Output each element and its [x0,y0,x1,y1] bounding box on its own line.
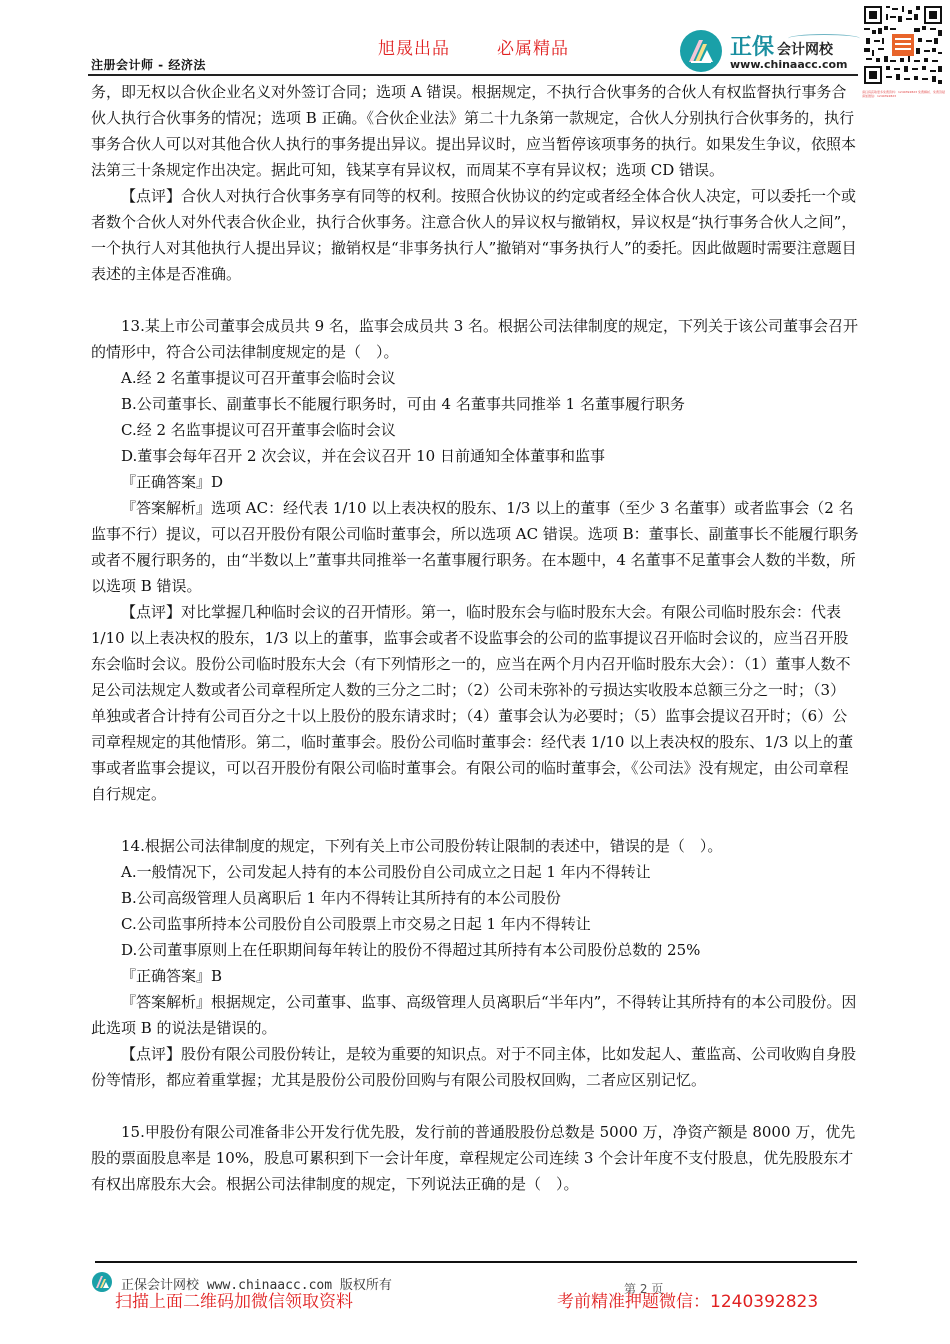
footer-promo-right: 考前精准押题微信：1240392823 [557,1287,818,1312]
correct-answer: 『正确答案』D [91,469,859,495]
answer-analysis: 『答案解析』选项 AC：经代表 1/10 以上表决权的股东、1/3 以上的董事（… [91,495,859,599]
option-b: B.公司高级管理人员离职后 1 年内不得转让其所持有的本公司股份 [91,885,859,911]
logo-name-big: 正保 [730,35,774,60]
question-stem: 13.某上市公司董事会成员共 9 名，监事会成员共 3 名。根据公司法律制度的规… [91,313,859,365]
chinaacc-logo: 正保会计网校 www.chinaacc.com [680,28,858,74]
option-b: B.公司董事长、副董事长不能履行职务时，可由 4 名董事共同推举 1 名董事履行… [91,391,859,417]
spacer [91,287,859,313]
answer-comment: 【点评】对比掌握几种临时会议的召开情形。第一，临时股东会与临时股东大会。有限公司… [91,599,859,807]
logo-url: www.chinaacc.com [730,58,848,71]
option-d: D.董事会每年召开 2 次会议，并在会议召开 10 日前通知全体董事和监事 [91,443,859,469]
footer-divider [95,1261,857,1263]
answer-analysis: 『答案解析』根据规定，公司董事、监事、高级管理人员离职后“半年内”，不得转让其所… [91,989,859,1041]
question-14: 14.根据公司法律制度的规定，下列有关上市公司股份转让限制的表述中，错误的是（ … [91,833,859,1093]
header-slogan-left: 旭晟出品 [378,34,450,59]
qr-caption: 请扫码获取更多免费资料：1240392823 免费解析、免费答疑请加微信：124… [862,90,946,98]
logo-name: 正保会计网校 [730,30,833,61]
document-page: 旭晟出品 必属精品 注册会计师 - 经济法 正保会计网校 www.chinaac… [0,0,950,1344]
option-d: D.公司董事原则上在任职期间每年转让的股份不得超过其所持有本公司股份总数的 25… [91,937,859,963]
qr-code-icon [862,4,944,86]
document-title: 注册会计师 - 经济法 [91,56,206,73]
option-a: A.经 2 名董事提议可召开董事会临时会议 [91,365,859,391]
spacer [91,1093,859,1119]
header-divider [88,74,858,76]
question-15: 15.甲股份有限公司准备非公开发行优先股，发行前的普通股股份总数是 5000 万… [91,1119,859,1197]
logo-emblem-icon [680,30,722,72]
option-c: C.公司监事所持本公司股份自公司股票上市交易之日起 1 年内不得转让 [91,911,859,937]
header-slogan-right: 必属精品 [497,34,569,59]
logo-name-small: 会计网校 [777,42,833,58]
correct-answer: 『正确答案』B [91,963,859,989]
question-stem: 15.甲股份有限公司准备非公开发行优先股，发行前的普通股股份总数是 5000 万… [91,1119,859,1197]
answer-comment: 【点评】股份有限公司股份转让，是较为重要的知识点。对于不同主体，比如发起人、董监… [91,1041,859,1093]
document-body: 务，即无权以合伙企业名义对外签订合同；选项 A 错误。根据规定，不执行合伙事务的… [91,79,859,1197]
question-13: 13.某上市公司董事会成员共 9 名，监事会成员共 3 名。根据公司法律制度的规… [91,313,859,807]
footer-promo-left: 扫描上面二维码加微信领取资料 [115,1287,353,1312]
spacer [91,807,859,833]
option-a: A.一般情况下，公司发起人持有的本公司股份自公司成立之日起 1 年内不得转让 [91,859,859,885]
question-stem: 14.根据公司法律制度的规定，下列有关上市公司股份转让限制的表述中，错误的是（ … [91,833,859,859]
prev-analysis-tail: 务，即无权以合伙企业名义对外签订合同；选项 A 错误。根据规定，不执行合伙事务的… [91,79,859,183]
option-c: C.经 2 名监事提议可召开董事会临时会议 [91,417,859,443]
footer-logo-icon [92,1272,112,1292]
prev-comment: 【点评】合伙人对执行合伙事务享有同等的权利。按照合伙协议的约定或者经全体合伙人决… [91,183,859,287]
